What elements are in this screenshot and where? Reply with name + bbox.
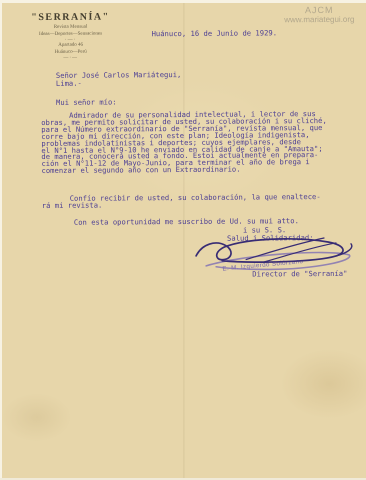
body-paragraph-2: Confío recibir de usted, su colaboración…	[42, 194, 356, 210]
recipient-address: Señor José Carlos Mariátegui, Lima.-	[56, 71, 182, 88]
scanned-letter-page: AJCM www.mariategui.org "SERRANÍA" Revis…	[0, 0, 366, 480]
body-paragraph-1: Admirador de su personalidad intelectual…	[41, 111, 355, 175]
dateline: Huánuco, 16 de Junio de 1929.	[152, 28, 278, 38]
letterhead: "SERRANÍA" Revista Mensual Ideas—Deporte…	[14, 11, 126, 61]
salutation: Mui señor mío:	[56, 97, 117, 106]
watermark-initials: AJCM	[284, 5, 354, 15]
watermark-url: www.mariategui.org	[284, 15, 354, 25]
letterhead-title: "SERRANÍA"	[14, 11, 126, 23]
scan-edge-left	[0, 0, 2, 480]
letterhead-ornament: —·—	[15, 55, 127, 61]
signature-flourish	[196, 238, 343, 262]
signer-role: Director de "Serranía"	[252, 269, 347, 279]
letter-content: AJCM www.mariategui.org "SERRANÍA" Revis…	[0, 0, 366, 480]
archive-watermark: AJCM www.mariategui.org	[284, 5, 354, 25]
scan-edge-top	[0, 0, 366, 3]
